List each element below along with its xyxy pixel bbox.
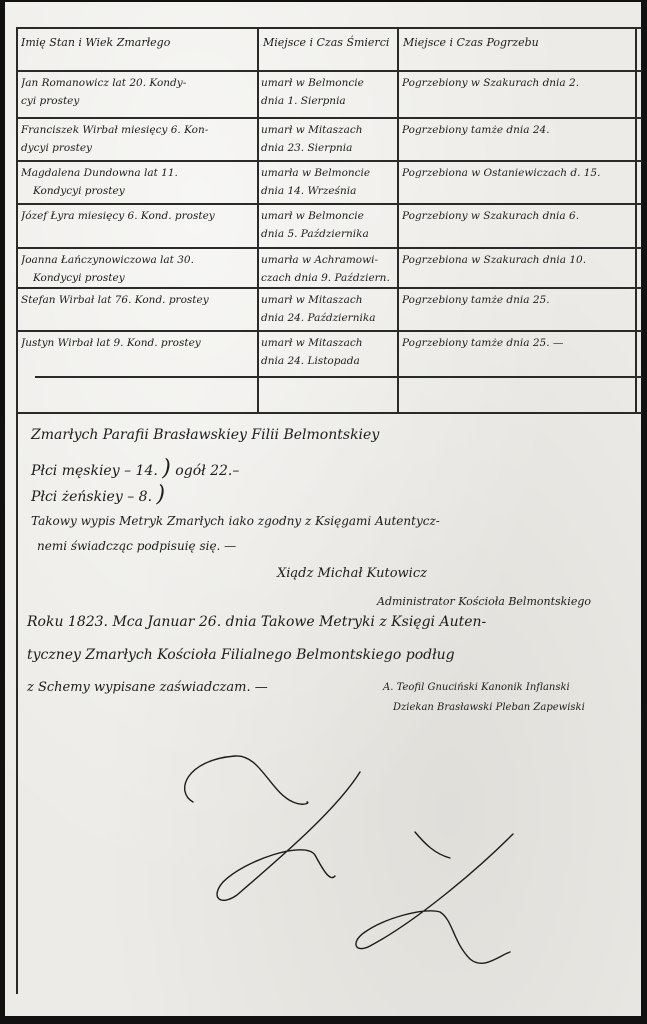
register-page: Imię Stan i Wiek Zmarłego Miejsce i Czas… — [5, 2, 641, 1016]
pen-flourish-icon — [5, 2, 641, 1016]
